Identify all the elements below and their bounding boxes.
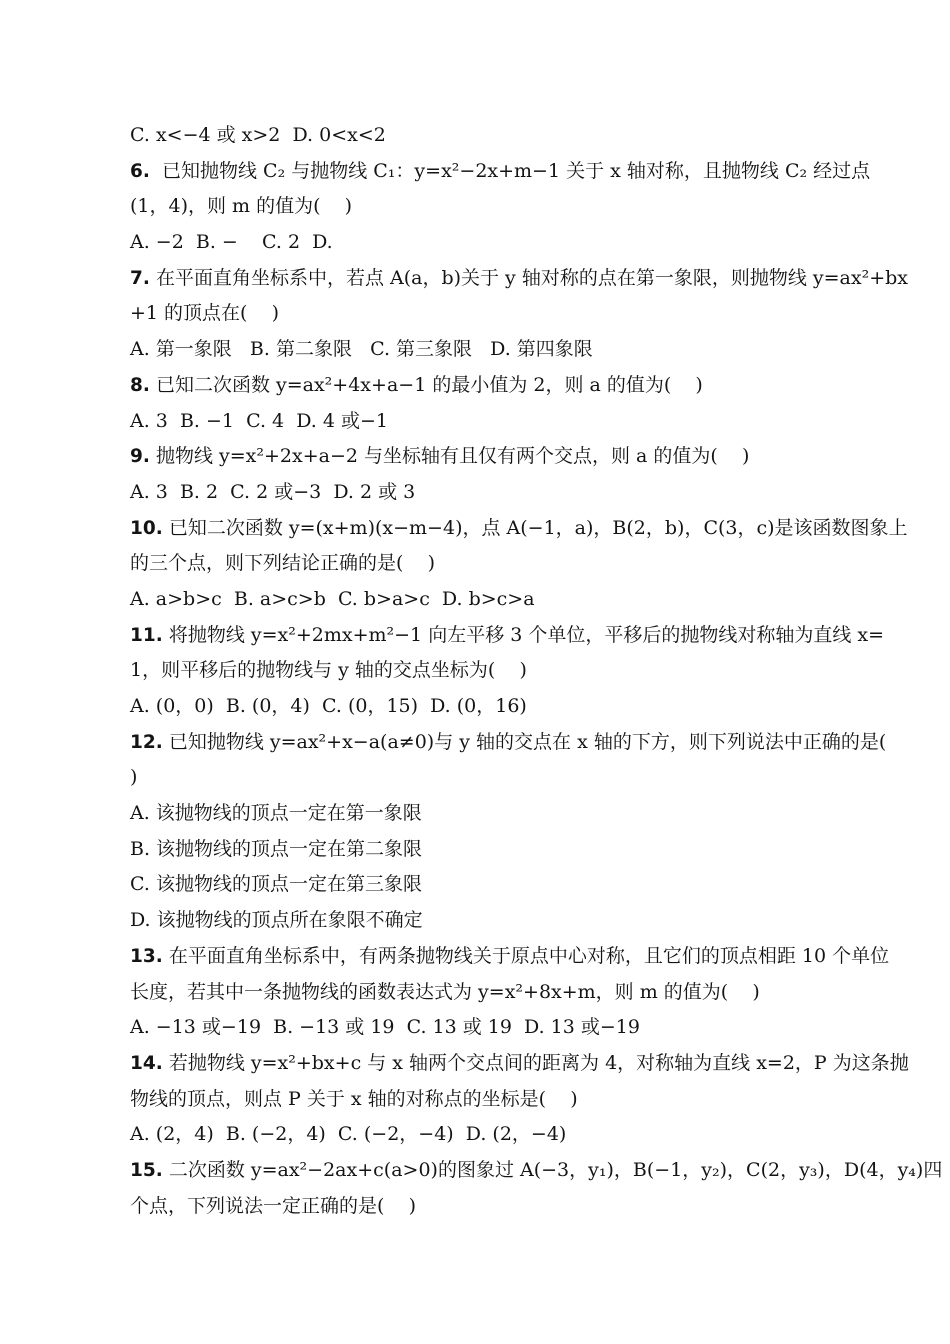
doc-line: +1 的顶点在( ) bbox=[130, 296, 840, 332]
doc-line: A. 3 B. 2 C. 2 或−3 D. 2 或 3 bbox=[130, 475, 840, 511]
line-text: A. −2 B. − C. 2 D. bbox=[130, 231, 333, 253]
line-text: 已知抛物线 y=ax²+x−a(a≠0)与 y 轴的交点在 x 轴的下方，则下列… bbox=[163, 731, 886, 753]
doc-line: 12. 已知抛物线 y=ax²+x−a(a≠0)与 y 轴的交点在 x 轴的下方… bbox=[130, 725, 840, 761]
line-text: 二次函数 y=ax²−2ax+c(a>0)的图象过 A(−3，y₁)，B(−1，… bbox=[163, 1159, 943, 1181]
doc-line: A. 第一象限 B. 第二象限 C. 第三象限 D. 第四象限 bbox=[130, 332, 840, 368]
question-number: 6. bbox=[130, 161, 150, 182]
question-number: 9. bbox=[130, 446, 150, 467]
doc-line: 15. 二次函数 y=ax²−2ax+c(a>0)的图象过 A(−3，y₁)，B… bbox=[130, 1153, 840, 1189]
doc-line: A. −2 B. − C. 2 D. bbox=[130, 225, 840, 261]
doc-line: A. (2，4) B. (−2，4) C. (−2，−4) D. (2，−4) bbox=[130, 1117, 840, 1153]
line-text: 已知抛物线 C₂ 与抛物线 C₁：y=x²−2x+m−1 关于 x 轴对称，且抛… bbox=[150, 160, 870, 182]
doc-line: A. (0，0) B. (0，4) C. (0，15) D. (0，16) bbox=[130, 689, 840, 725]
doc-line: A. −13 或−19 B. −13 或 19 C. 13 或 19 D. 13… bbox=[130, 1010, 840, 1046]
line-text: 抛物线 y=x²+2x+a−2 与坐标轴有且仅有两个交点，则 a 的值为( ) bbox=[150, 445, 749, 467]
line-text: (1，4)，则 m 的值为( ) bbox=[130, 195, 352, 217]
doc-line: 个点，下列说法一定正确的是( ) bbox=[130, 1189, 840, 1225]
doc-line: C. x<−4 或 x>2 D. 0<x<2 bbox=[130, 118, 840, 154]
line-text: 将抛物线 y=x²+2mx+m²−1 向左平移 3 个单位，平移后的抛物线对称轴… bbox=[163, 624, 884, 646]
doc-line: 的三个点，则下列结论正确的是( ) bbox=[130, 546, 840, 582]
doc-line: 13. 在平面直角坐标系中，有两条抛物线关于原点中心对称，且它们的顶点相距 10… bbox=[130, 939, 840, 975]
question-number: 13. bbox=[130, 946, 163, 967]
line-text: A. 3 B. −1 C. 4 D. 4 或−1 bbox=[130, 410, 388, 432]
doc-line: ) bbox=[130, 760, 840, 796]
line-text: 1，则平移后的抛物线与 y 轴的交点坐标为( ) bbox=[130, 659, 527, 681]
question-number: 8. bbox=[130, 375, 150, 396]
doc-line: 9. 抛物线 y=x²+2x+a−2 与坐标轴有且仅有两个交点，则 a 的值为(… bbox=[130, 439, 840, 475]
doc-line: 长度，若其中一条抛物线的函数表达式为 y=x²+8x+m，则 m 的值为( ) bbox=[130, 975, 840, 1011]
line-text: 个点，下列说法一定正确的是( ) bbox=[130, 1195, 416, 1217]
doc-line: D. 该抛物线的顶点所在象限不确定 bbox=[130, 903, 840, 939]
line-text: A. 第一象限 B. 第二象限 C. 第三象限 D. 第四象限 bbox=[130, 338, 593, 360]
doc-line: C. 该抛物线的顶点一定在第三象限 bbox=[130, 867, 840, 903]
line-text: B. 该抛物线的顶点一定在第二象限 bbox=[130, 838, 422, 860]
line-text: 在平面直角坐标系中，有两条抛物线关于原点中心对称，且它们的顶点相距 10 个单位 bbox=[163, 945, 889, 967]
line-text: A. 3 B. 2 C. 2 或−3 D. 2 或 3 bbox=[130, 481, 415, 503]
line-text: C. x<−4 或 x>2 D. 0<x<2 bbox=[130, 124, 386, 146]
line-text: 的三个点，则下列结论正确的是( ) bbox=[130, 552, 435, 574]
doc-line: (1，4)，则 m 的值为( ) bbox=[130, 189, 840, 225]
line-text: A. −13 或−19 B. −13 或 19 C. 13 或 19 D. 13… bbox=[130, 1016, 640, 1038]
question-number: 7. bbox=[130, 268, 150, 289]
doc-line: 10. 已知二次函数 y=(x+m)(x−m−4)，点 A(−1，a)，B(2，… bbox=[130, 511, 840, 547]
doc-line: A. 该抛物线的顶点一定在第一象限 bbox=[130, 796, 840, 832]
question-list: C. x<−4 或 x>2 D. 0<x<2 6. 已知抛物线 C₂ 与抛物线 … bbox=[130, 118, 840, 1224]
question-number: 15. bbox=[130, 1160, 163, 1181]
line-text: A. (0，0) B. (0，4) C. (0，15) D. (0，16) bbox=[130, 695, 527, 717]
question-number: 11. bbox=[130, 625, 163, 646]
line-text: A. 该抛物线的顶点一定在第一象限 bbox=[130, 802, 422, 824]
doc-line: 6. 已知抛物线 C₂ 与抛物线 C₁：y=x²−2x+m−1 关于 x 轴对称… bbox=[130, 154, 840, 190]
line-text: 在平面直角坐标系中，若点 A(a，b)关于 y 轴对称的点在第一象限，则抛物线 … bbox=[150, 267, 908, 289]
doc-line: A. 3 B. −1 C. 4 D. 4 或−1 bbox=[130, 404, 840, 440]
doc-line: 11. 将抛物线 y=x²+2mx+m²−1 向左平移 3 个单位，平移后的抛物… bbox=[130, 618, 840, 654]
line-text: 已知二次函数 y=(x+m)(x−m−4)，点 A(−1，a)，B(2，b)，C… bbox=[163, 517, 908, 539]
line-text: A. a>b>c B. a>c>b C. b>a>c D. b>c>a bbox=[130, 588, 535, 610]
line-text: 已知二次函数 y=ax²+4x+a−1 的最小值为 2，则 a 的值为( ) bbox=[150, 374, 703, 396]
line-text: 若抛物线 y=x²+bx+c 与 x 轴两个交点间的距离为 4，对称轴为直线 x… bbox=[163, 1052, 909, 1074]
doc-line: 1，则平移后的抛物线与 y 轴的交点坐标为( ) bbox=[130, 653, 840, 689]
line-text: 长度，若其中一条抛物线的函数表达式为 y=x²+8x+m，则 m 的值为( ) bbox=[130, 981, 760, 1003]
line-text: D. 该抛物线的顶点所在象限不确定 bbox=[130, 909, 423, 931]
line-text: C. 该抛物线的顶点一定在第三象限 bbox=[130, 873, 422, 895]
line-text: ) bbox=[130, 766, 137, 788]
doc-line: 14. 若抛物线 y=x²+bx+c 与 x 轴两个交点间的距离为 4，对称轴为… bbox=[130, 1046, 840, 1082]
line-text: +1 的顶点在( ) bbox=[130, 302, 279, 324]
doc-line: B. 该抛物线的顶点一定在第二象限 bbox=[130, 832, 840, 868]
question-number: 14. bbox=[130, 1053, 163, 1074]
question-number: 12. bbox=[130, 732, 163, 753]
doc-line: 8. 已知二次函数 y=ax²+4x+a−1 的最小值为 2，则 a 的值为( … bbox=[130, 368, 840, 404]
question-number: 10. bbox=[130, 518, 163, 539]
doc-line: A. a>b>c B. a>c>b C. b>a>c D. b>c>a bbox=[130, 582, 840, 618]
line-text: A. (2，4) B. (−2，4) C. (−2，−4) D. (2，−4) bbox=[130, 1123, 566, 1145]
doc-line: 7. 在平面直角坐标系中，若点 A(a，b)关于 y 轴对称的点在第一象限，则抛… bbox=[130, 261, 840, 297]
doc-line: 物线的顶点，则点 P 关于 x 轴的对称点的坐标是( ) bbox=[130, 1082, 840, 1118]
line-text: 物线的顶点，则点 P 关于 x 轴的对称点的坐标是( ) bbox=[130, 1088, 578, 1110]
